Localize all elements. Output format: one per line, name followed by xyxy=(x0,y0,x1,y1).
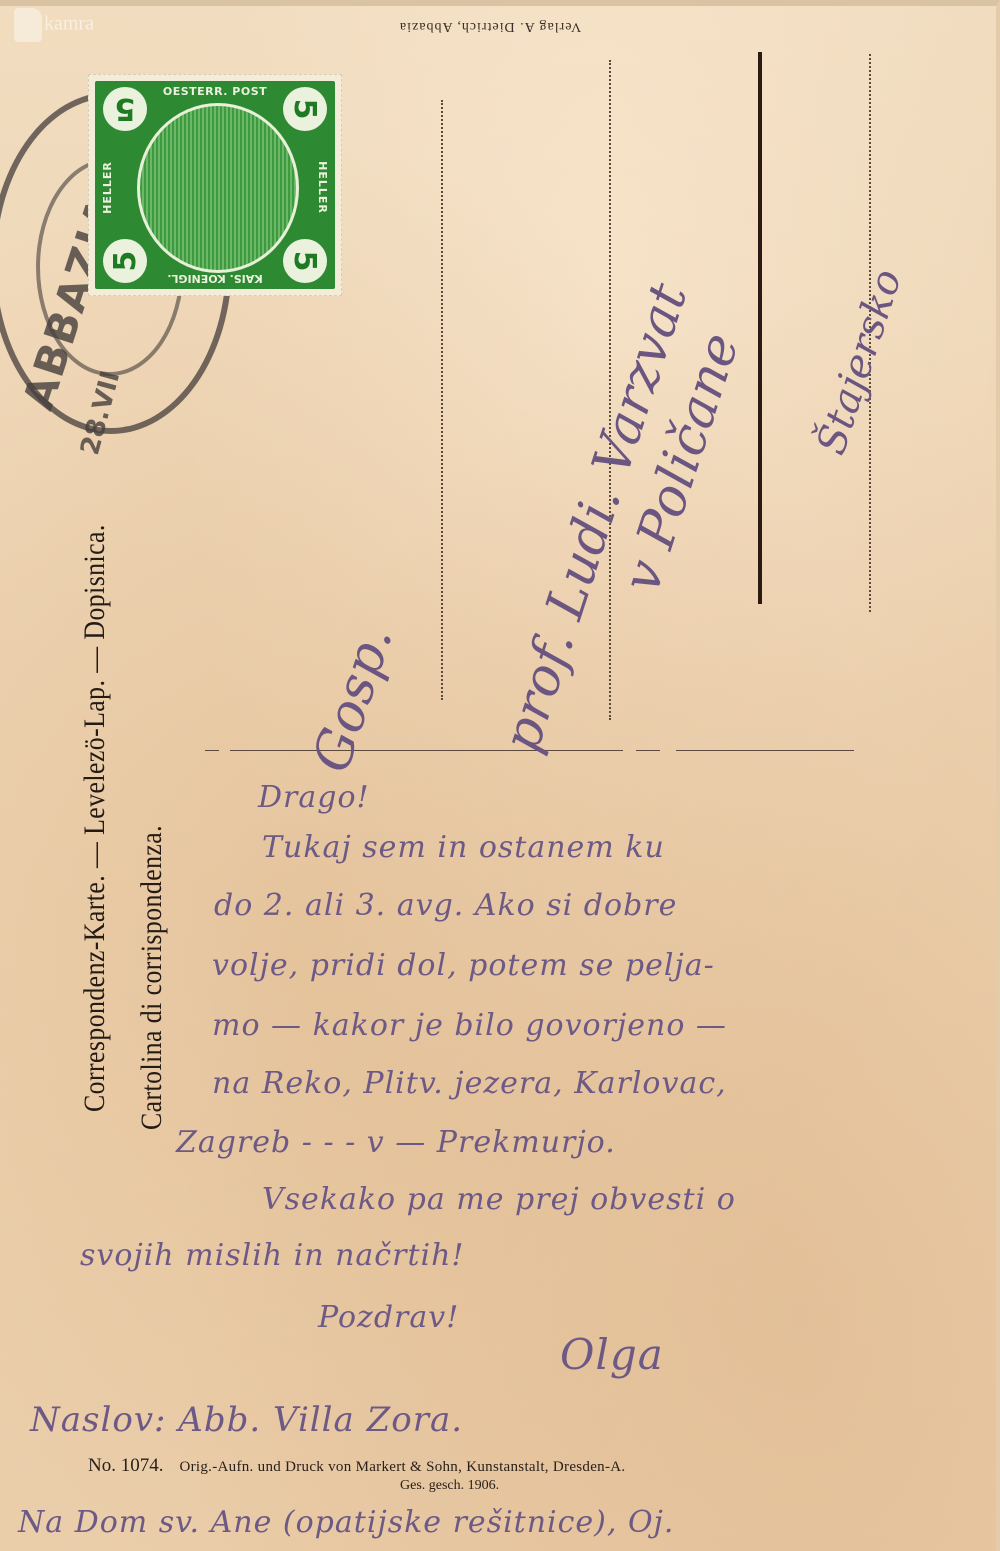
stamp-side-text-left: HELLER xyxy=(101,161,114,214)
card-title-line-2: Cartolina di corrispondenza. xyxy=(135,825,169,1130)
message-closing: Pozdrav! xyxy=(318,1300,459,1335)
divider-segment xyxy=(676,750,854,751)
address-region: Štajersko xyxy=(808,264,911,460)
stamp-bottom-text: KAIS. KOENIGL. xyxy=(147,272,283,285)
postscript-note: Na Dom sv. Ane (opatijske rešitnice), Oj… xyxy=(18,1505,674,1540)
message-line: na Reko, Plitv. jezera, Karlovac, xyxy=(212,1066,727,1101)
kamra-logo-icon xyxy=(14,8,42,42)
address-salutation: Gosp. xyxy=(301,619,404,780)
stamp-value-top-right: 5 xyxy=(283,87,327,131)
message-greeting: Drago! xyxy=(258,780,370,815)
stamp-side-text-right: HELLER xyxy=(316,161,329,214)
postage-stamp: OESTERR. POST KAIS. KOENIGL. HELLER HELL… xyxy=(88,74,342,296)
card-title-line-1: Correspondenz-Karte. — Levelezö-Lap. — D… xyxy=(78,524,112,1112)
message-line: Vsekako pa me prej obvesti o xyxy=(262,1182,736,1217)
printer-imprint: No. 1074. Orig.-Aufn. und Druck von Mark… xyxy=(88,1455,928,1477)
postscript-address: Naslov: Abb. Villa Zora. xyxy=(30,1400,463,1440)
stamp-value-top-left: 5 xyxy=(103,87,147,131)
publisher-imprint: Verlag A. Dietrich, Abbazia xyxy=(350,18,630,34)
message-line: mo — kakor je bilo govorjeno — xyxy=(212,1008,727,1043)
divider-segment xyxy=(636,750,660,751)
watermark-logo: kamra xyxy=(14,8,94,42)
stamp-frame: OESTERR. POST KAIS. KOENIGL. HELLER HELL… xyxy=(95,81,335,289)
card-number: No. 1074. xyxy=(88,1455,163,1476)
stamp-emblem-icon xyxy=(137,103,299,273)
message-line: Zagreb - - - v — Prekmurjo. xyxy=(176,1125,616,1160)
message-line: volje, pridi dol, potem se pelja- xyxy=(212,948,715,983)
copyright-line: Ges. gesch. 1906. xyxy=(400,1478,499,1494)
stamp-value-bottom-right: 5 xyxy=(283,239,327,283)
message-line: do 2. ali 3. avg. Ako si dobre xyxy=(214,888,677,923)
divider-segment xyxy=(230,750,623,751)
stamp-top-text: OESTERR. POST xyxy=(147,85,283,98)
divider-segment xyxy=(205,750,219,751)
printer-credit: Orig.-Aufn. und Druck von Markert & Sohn… xyxy=(179,1459,625,1475)
postmark-date: 28.VII xyxy=(75,368,126,458)
stamp-value-bottom-left: 5 xyxy=(103,239,147,283)
message-line: svojih mislih in načrtih! xyxy=(80,1238,464,1273)
address-guide-line-1 xyxy=(441,100,443,700)
message-signature: Olga xyxy=(560,1330,664,1379)
address-separator-bar xyxy=(758,52,762,604)
postcard: kamra Verlag A. Dietrich, Abbazia ABBAZI… xyxy=(0,0,1000,1551)
message-line: Tukaj sem in ostanem ku xyxy=(262,830,665,865)
